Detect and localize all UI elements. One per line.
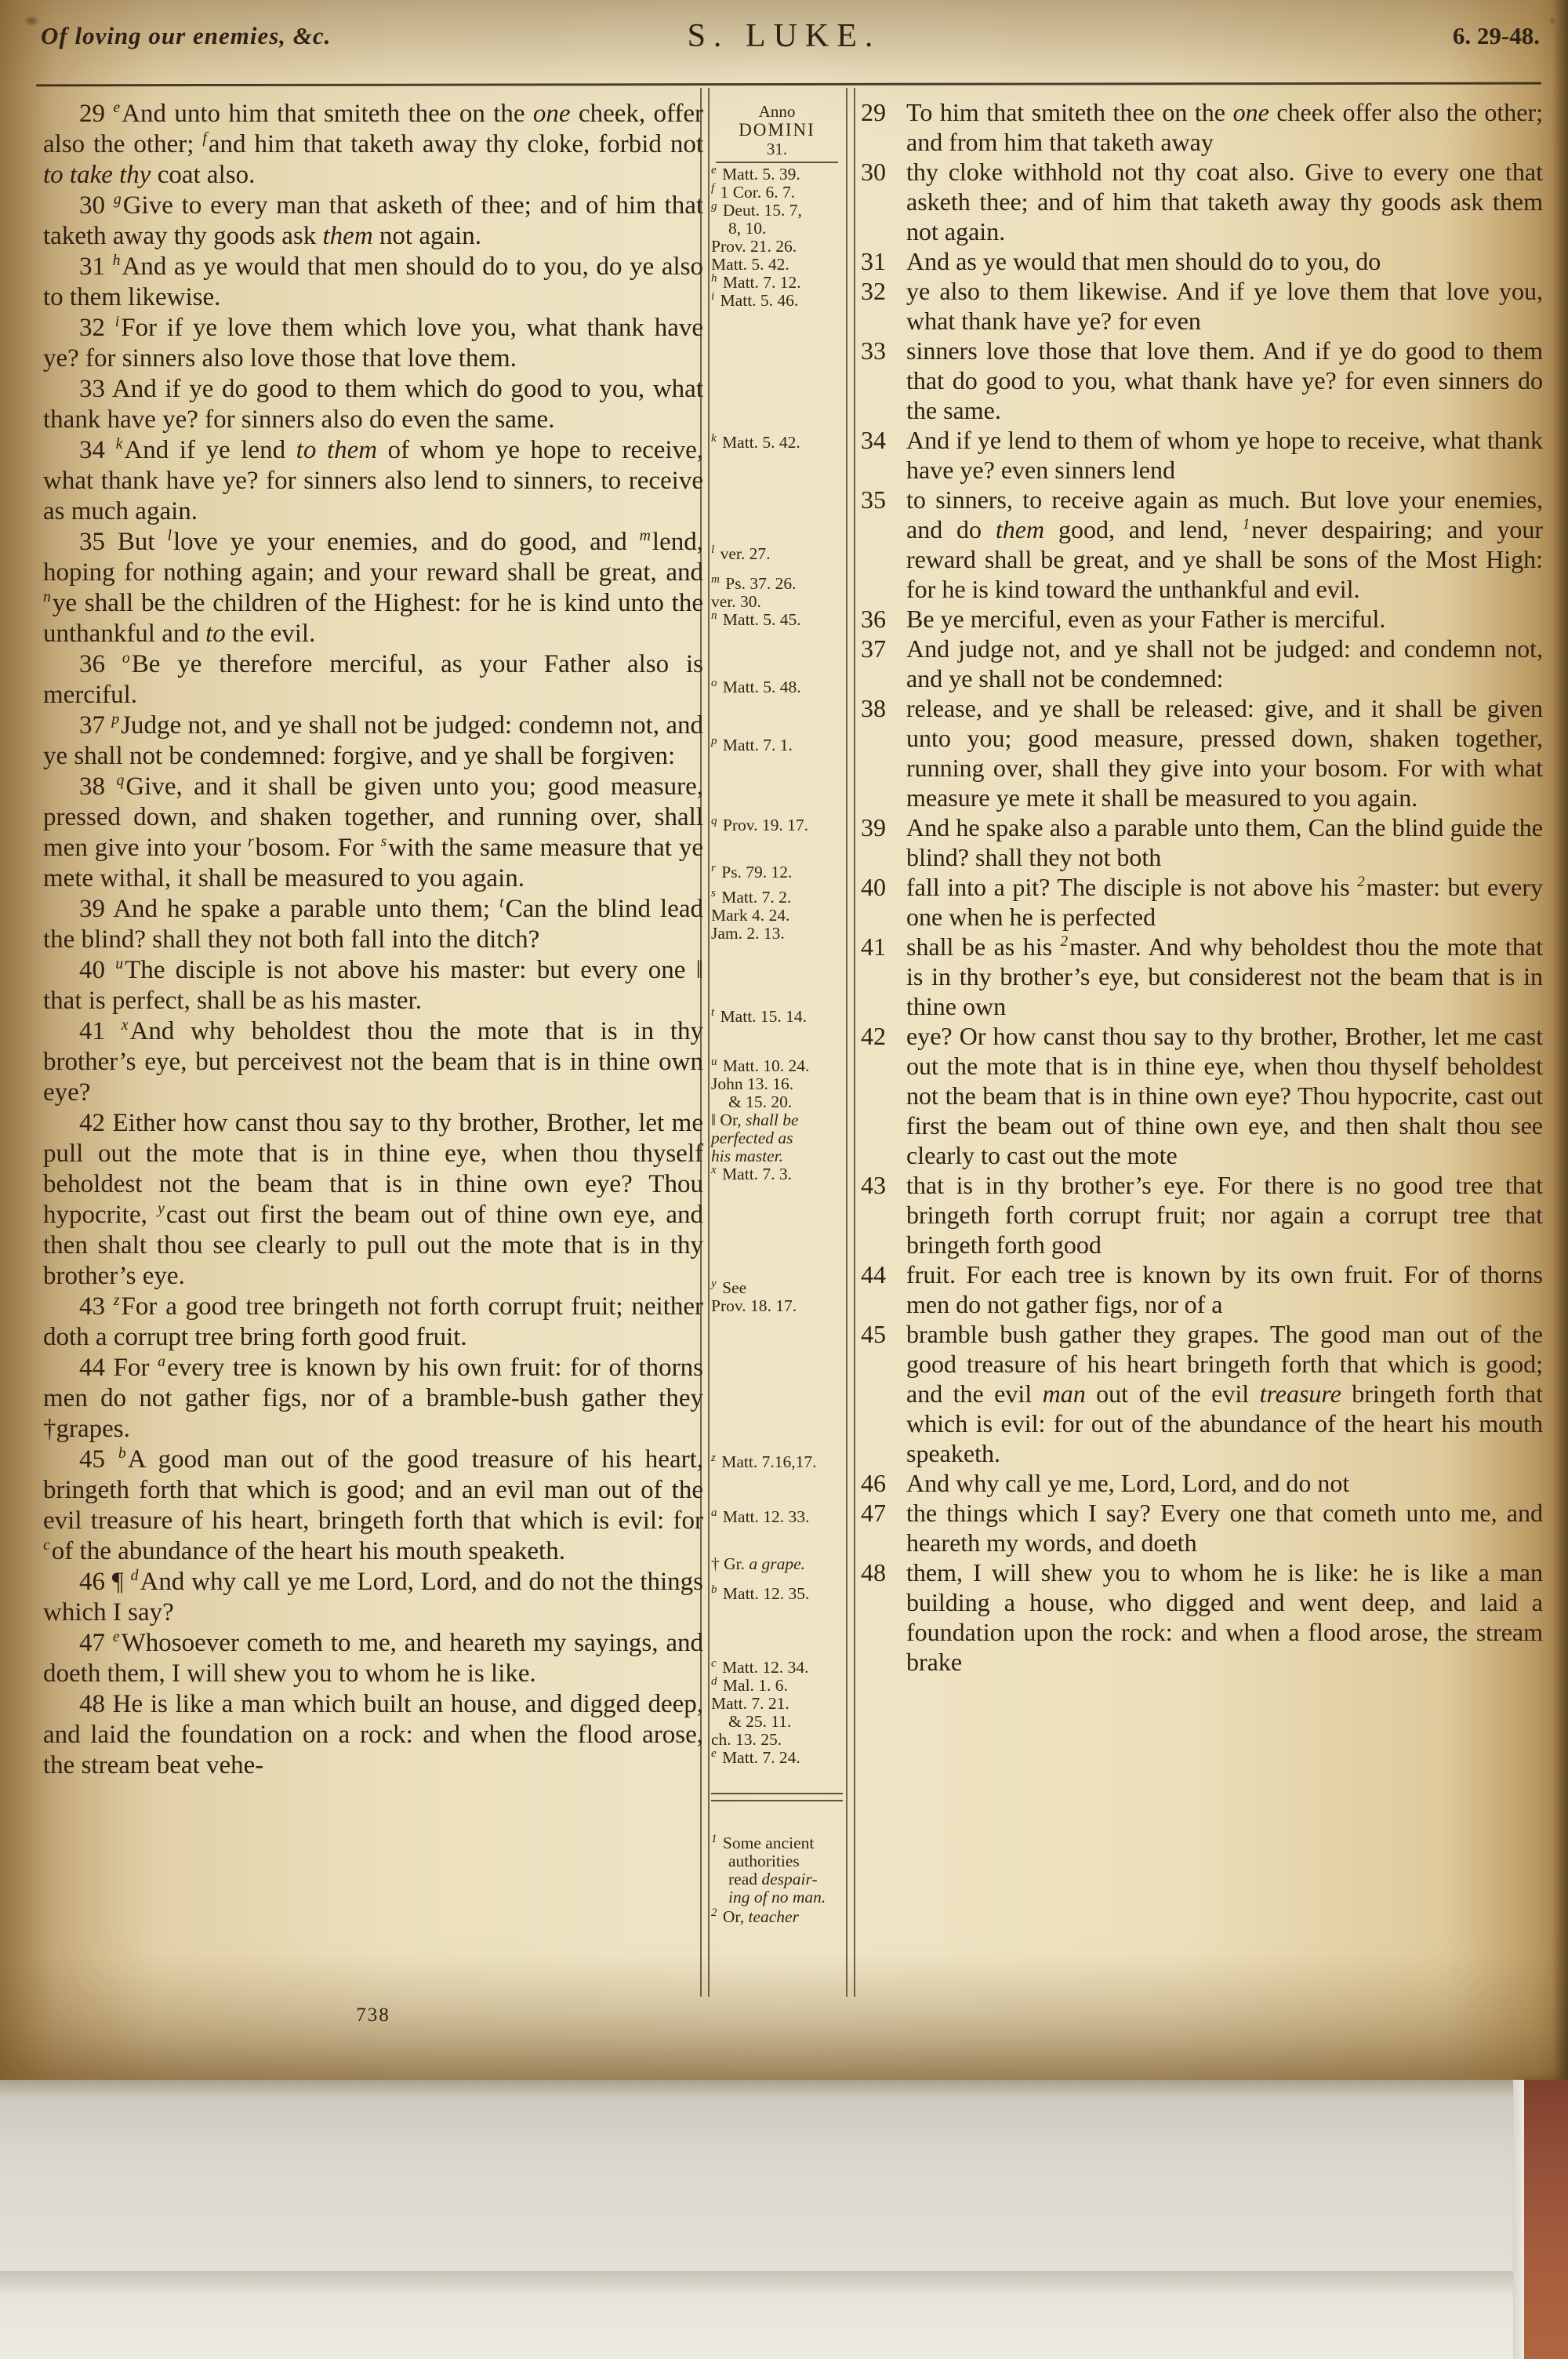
cross-reference: perfected as: [711, 1129, 846, 1147]
kjv-column: 29 eAnd unto him that smiteth thee on th…: [43, 99, 703, 1781]
cross-reference: l ver. 27.: [711, 544, 846, 563]
cross-reference: k Matt. 5. 42.: [711, 433, 846, 452]
verse-number: 32: [861, 276, 886, 306]
kjv-verse-34: 34 kAnd if ye lend to them of whom ye ho…: [43, 435, 703, 527]
kjv-verse-30: 30 gGive to every man that asketh of the…: [43, 191, 703, 252]
verse-number: 41: [861, 932, 886, 961]
cross-reference: Matt. 5. 42.: [711, 255, 846, 274]
cross-reference: r Ps. 79. 12.: [711, 863, 846, 881]
verse-number: 46: [861, 1468, 886, 1498]
rv-verse-29: 29To him that smiteth thee on the one ch…: [859, 97, 1543, 157]
rv-verse-37: 37And judge not, and ye shall not be jud…: [859, 634, 1543, 693]
verse-number: 30: [861, 157, 886, 187]
kjv-verse-46: 46 ¶ dAnd why call ye me Lord, Lord, and…: [43, 1567, 703, 1628]
anno-domini-heading: Anno DOMINI 31.: [710, 102, 844, 158]
bible-page: Of loving our enemies, &c. S. LUKE. 6. 2…: [0, 0, 1568, 2080]
cross-reference: ch. 13. 25.: [711, 1730, 846, 1749]
verse-number: 41: [79, 1017, 105, 1045]
verse-number: 40: [79, 956, 105, 984]
verse-text: shall be as his 2master. And why beholde…: [906, 932, 1543, 1020]
cross-reference: 8, 10.: [711, 219, 863, 238]
kjv-verse-42: 42 Either how canst thou say to thy brot…: [43, 1108, 703, 1292]
kjv-verse-37: 37 pJudge not, and ye shall not be judge…: [43, 711, 703, 772]
rv-verse-30: 30thy cloke withhold not thy coat also. …: [859, 157, 1543, 246]
anno-line-2: DOMINI: [710, 121, 844, 140]
verse-number: 38: [861, 693, 886, 723]
cross-reference: & 25. 11.: [711, 1712, 863, 1731]
verse-number: 36: [79, 650, 105, 678]
verse-text: And judge not, and ye shall not be judge…: [906, 634, 1543, 692]
rv-verse-41: 41shall be as his 2master. And why behol…: [859, 932, 1543, 1021]
footnote-divider-rule: [711, 1793, 843, 1801]
rv-verse-35: 35to sinners, to receive again as much. …: [859, 485, 1543, 604]
rv-verse-46: 46And why call ye me, Lord, Lord, and do…: [859, 1468, 1543, 1498]
page-edge-shadow: [1552, 0, 1568, 2080]
cross-reference: y See: [711, 1278, 846, 1297]
verse-text: that is in thy brother’s eye. For there …: [906, 1171, 1543, 1259]
column-rule-right: [846, 88, 855, 1997]
verse-text: bramble bush gather they grapes. The goo…: [906, 1320, 1543, 1467]
verse-text: And as ye would that men should do to yo…: [906, 247, 1381, 275]
cross-reference: 1 Some ancient: [711, 1834, 846, 1852]
cross-reference: Prov. 21. 26.: [711, 237, 846, 256]
rv-verse-31: 31And as ye would that men should do to …: [859, 246, 1543, 276]
verse-number: 34: [79, 436, 105, 464]
cross-reference: Matt. 7. 21.: [711, 1694, 846, 1713]
kjv-verse-31: 31 hAnd as ye would that men should do t…: [43, 252, 703, 313]
rv-verse-42: 42eye? Or how canst thou say to thy brot…: [859, 1021, 1543, 1170]
verse-number: 42: [79, 1109, 105, 1137]
verse-number: 38: [79, 772, 105, 801]
verse-number: 45: [79, 1445, 105, 1474]
rv-verse-43: 43that is in thy brother’s eye. For ther…: [859, 1170, 1543, 1259]
verse-number: 31: [861, 246, 886, 276]
verse-number: 29: [861, 97, 886, 127]
cross-reference: z Matt. 7.16,17.: [711, 1452, 846, 1471]
verse-text: sinners love those that love them. And i…: [906, 336, 1543, 424]
cross-reference: ing of no man.: [711, 1888, 863, 1906]
page-title: S. LUKE.: [0, 17, 1568, 55]
cross-reference: & 15. 20.: [711, 1092, 863, 1111]
rv-verse-48: 48them, I will shew you to whom he is li…: [859, 1558, 1543, 1677]
cross-reference: s Matt. 7. 2.: [711, 888, 846, 907]
verse-text: ye also to them likewise. And if ye love…: [906, 277, 1543, 335]
verse-text: them, I will shew you to whom he is like…: [906, 1558, 1543, 1676]
verse-number: 47: [861, 1498, 886, 1528]
cross-reference: m Ps. 37. 26.: [711, 574, 846, 593]
verse-text: the things which I say? Every one that c…: [906, 1499, 1543, 1557]
cross-reference: Jam. 2. 13.: [711, 924, 846, 943]
kjv-verse-33: 33 And if ye do good to them which do go…: [43, 374, 703, 435]
cross-reference: i Matt. 5. 46.: [711, 291, 846, 310]
verse-number: 48: [79, 1690, 105, 1718]
verse-number: 36: [861, 604, 886, 634]
cross-reference: e Matt. 5. 39.: [711, 165, 846, 184]
verse-number: 46: [79, 1568, 105, 1596]
verse-number: 32: [79, 314, 105, 342]
cross-reference: q Prov. 19. 17.: [711, 816, 846, 834]
rv-verse-34: 34And if ye lend to them of whom ye hope…: [859, 425, 1543, 485]
verse-number: 34: [861, 425, 886, 455]
verse-number: 44: [861, 1259, 886, 1289]
verse-number: 33: [79, 375, 105, 403]
kjv-verse-43: 43 zFor a good tree bringeth not forth c…: [43, 1292, 703, 1353]
chapter-reference: 6. 29-48.: [1453, 22, 1540, 50]
verse-number: 35: [79, 528, 105, 556]
verse-number: 47: [79, 1629, 105, 1657]
book-base: [0, 2271, 1568, 2359]
scanned-book-photo: Of loving our enemies, &c. S. LUKE. 6. 2…: [0, 0, 1568, 2359]
verse-number: 48: [861, 1558, 886, 1587]
verse-number: 43: [79, 1292, 105, 1321]
cross-reference: n Matt. 5. 45.: [711, 610, 846, 629]
verse-number: 43: [861, 1170, 886, 1200]
rv-verse-32: 32ye also to them likewise. And if ye lo…: [859, 276, 1543, 336]
verse-number: 31: [79, 253, 105, 281]
cross-reference: h Matt. 7. 12.: [711, 273, 846, 292]
verse-text: thy cloke withhold not thy coat also. Gi…: [906, 158, 1543, 245]
verse-text: Be ye merciful, even as your Father is m…: [906, 605, 1385, 633]
cross-reference: John 13. 16.: [711, 1074, 846, 1093]
verse-number: 37: [861, 634, 886, 663]
kjv-verse-39: 39 And he spake a parable unto them; tCa…: [43, 894, 703, 955]
cross-reference: Mark 4. 24.: [711, 906, 846, 925]
kjv-verse-45: 45 bA good man out of the good treasure …: [43, 1445, 703, 1567]
cross-reference: p Matt. 7. 1.: [711, 736, 846, 754]
cross-reference: ‖ Or, shall be: [711, 1110, 846, 1129]
verse-number: 39: [861, 812, 886, 842]
cross-reference: t Matt. 15. 14.: [711, 1007, 846, 1026]
cross-reference: a Matt. 12. 33.: [711, 1507, 846, 1526]
rv-verse-36: 36Be ye merciful, even as your Father is…: [859, 604, 1543, 634]
cross-reference: u Matt. 10. 24.: [711, 1056, 846, 1075]
verse-number: 29: [79, 100, 105, 128]
rv-column: 29To him that smiteth thee on the one ch…: [859, 97, 1543, 1677]
cross-reference: 2 Or, teacher: [711, 1907, 846, 1926]
rv-verse-40: 40fall into a pit? The disciple is not a…: [859, 872, 1543, 932]
cross-reference: authorities: [711, 1852, 863, 1870]
rv-verse-39: 39And he spake also a parable unto them,…: [859, 812, 1543, 872]
kjv-verse-40: 40 uThe disciple is not above his master…: [43, 955, 703, 1016]
header-rule: [36, 82, 1541, 87]
kjv-verse-29: 29 eAnd unto him that smiteth thee on th…: [43, 99, 703, 191]
verse-text: eye? Or how canst thou say to thy brothe…: [906, 1022, 1543, 1169]
cross-reference: x Matt. 7. 3.: [711, 1165, 846, 1183]
anno-rule: [716, 162, 838, 163]
cross-reference: Prov. 18. 17.: [711, 1296, 846, 1315]
anno-line-1: Anno: [710, 102, 844, 121]
kjv-verse-35: 35 But llove ye your enemies, and do goo…: [43, 527, 703, 649]
cross-reference: b Matt. 12. 35.: [711, 1584, 846, 1603]
verse-number: 33: [861, 336, 886, 365]
verse-number: 42: [861, 1021, 886, 1051]
verse-number: 35: [861, 485, 886, 514]
kjv-verse-44: 44 For aevery tree is known by his own f…: [43, 1353, 703, 1445]
red-page-edges: [1524, 2080, 1568, 2359]
verse-text: To him that smiteth thee on the one chee…: [906, 98, 1543, 156]
rv-verse-33: 33sinners love those that love them. And…: [859, 336, 1543, 425]
verse-text: And if ye lend to them of whom ye hope t…: [906, 426, 1543, 484]
verse-number: 45: [861, 1319, 886, 1349]
verse-number: 44: [79, 1354, 105, 1382]
kjv-verse-47: 47 eWhosoever cometh to me, and heareth …: [43, 1628, 703, 1689]
page-number: 738: [43, 2005, 703, 2026]
rv-verse-38: 38release, and ye shall be released: giv…: [859, 693, 1543, 812]
verse-text: And he spake also a parable unto them, C…: [906, 813, 1543, 871]
verse-number: 40: [861, 872, 886, 902]
rv-verse-45: 45bramble bush gather they grapes. The g…: [859, 1319, 1543, 1468]
kjv-verse-36: 36 oBe ye therefore merciful, as your Fa…: [43, 649, 703, 711]
anno-line-3: 31.: [710, 140, 844, 158]
cross-reference: his master.: [711, 1147, 846, 1165]
cross-reference: † Gr. a grape.: [711, 1554, 846, 1573]
kjv-verse-48: 48 He is like a man which built an house…: [43, 1689, 703, 1781]
cross-reference: e Matt. 7. 24.: [711, 1748, 846, 1767]
kjv-verse-38: 38 qGive, and it shall be given unto you…: [43, 772, 703, 894]
verse-text: fall into a pit? The disciple is not abo…: [906, 873, 1543, 931]
verse-number: 30: [79, 191, 105, 220]
cross-reference: g Deut. 15. 7,: [711, 201, 846, 220]
cross-reference: read despair-: [711, 1870, 863, 1888]
cross-reference: f 1 Cor. 6. 7.: [711, 183, 846, 202]
rv-verse-44: 44fruit. For each tree is known by its o…: [859, 1259, 1543, 1319]
cross-reference: ver. 30.: [711, 592, 846, 611]
verse-text: to sinners, to receive again as much. Bu…: [906, 485, 1543, 603]
cross-reference: d Mal. 1. 6.: [711, 1676, 846, 1695]
cross-reference: c Matt. 12. 34.: [711, 1658, 846, 1677]
next-page-edge: [0, 2080, 1568, 2271]
kjv-verse-41: 41 xAnd why beholdest thou the mote that…: [43, 1016, 703, 1108]
column-rule-left: [700, 88, 710, 1997]
verse-text: And why call ye me, Lord, Lord, and do n…: [906, 1469, 1349, 1497]
verse-number: 37: [79, 711, 105, 740]
rv-verse-47: 47the things which I say? Every one that…: [859, 1498, 1543, 1558]
kjv-verse-32: 32 iFor if ye love them which love you, …: [43, 313, 703, 374]
verse-text: fruit. For each tree is known by its own…: [906, 1260, 1543, 1318]
verse-text: release, and ye shall be released: give,…: [906, 694, 1543, 812]
verse-number: 39: [79, 895, 105, 923]
cross-reference: o Matt. 5. 48.: [711, 678, 846, 696]
